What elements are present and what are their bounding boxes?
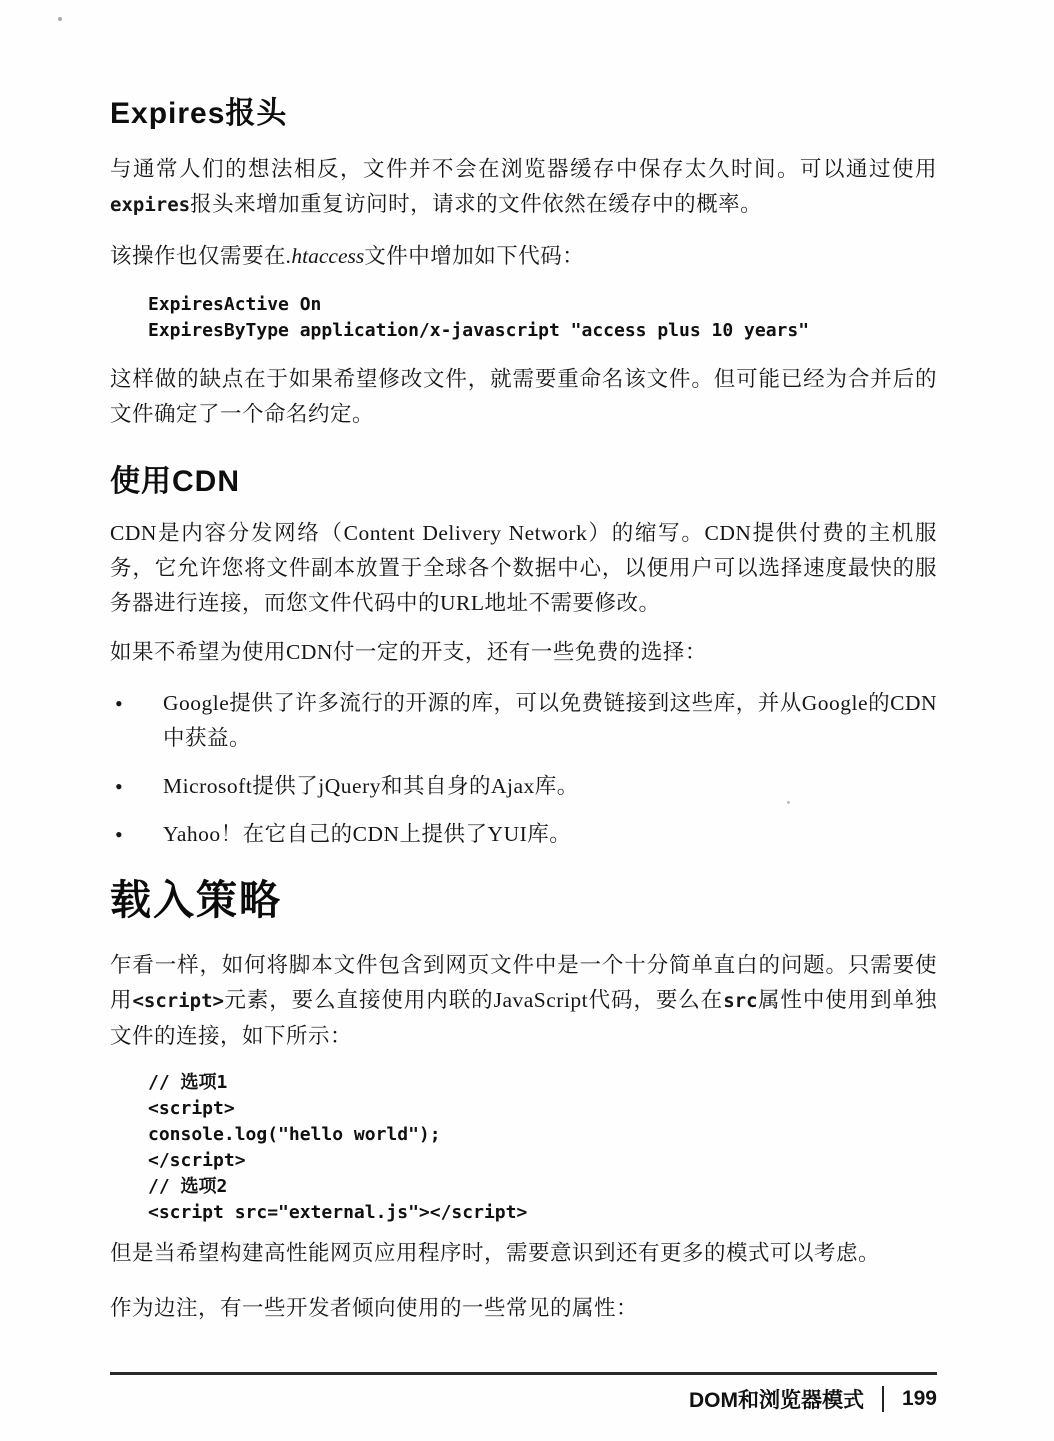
bullet-text: Yahoo！在它自己的CDN上提供了YUI库。 (163, 822, 571, 846)
code-block-script-options: // 选项1<script>console.log("hello world")… (148, 1070, 937, 1226)
page-content: Expires报头 与通常人们的想法相反，文件并不会在浏览器缓存中保存太久时间。… (110, 0, 937, 1414)
code-line: </script> (148, 1148, 937, 1174)
section-heading-expires: Expires报头 (110, 96, 937, 132)
bullet-icon: • (115, 769, 123, 804)
code-line: ExpiresActive On (148, 292, 937, 318)
footer-separator (882, 1386, 884, 1412)
text-run: 元素，要么直接使用内联的JavaScript代码，要么在 (224, 988, 723, 1012)
bullet-icon: • (115, 817, 123, 852)
code-line: // 选项1 (148, 1070, 937, 1096)
inline-code-expires: expires (110, 194, 190, 216)
bullet-item-microsoft: •Microsoft提供了jQuery和其自身的Ajax库。 (110, 769, 937, 804)
code-line: ExpiresByType application/x-javascript "… (148, 318, 937, 344)
chapter-heading-loading-strategy: 载入策略 (110, 876, 937, 924)
footer-chapter-title: DOM和浏览器模式 (689, 1384, 864, 1414)
paragraph-htaccess: 该操作也仅需要在.htaccess文件中增加如下代码： (110, 239, 937, 274)
cdn-bullet-list: •Google提供了许多流行的开源的库，可以免费链接到这些库，并从Google的… (110, 686, 937, 852)
paragraph-expires-drawback: 这样做的缺点在于如果希望修改文件，就需要重命名该文件。但可能已经为合并后的文件确… (110, 362, 937, 432)
text-run: 与通常人们的想法相反，文件并不会在浏览器缓存中保存太久时间。可以通过使用 (110, 157, 937, 181)
section-heading-cdn: 使用CDN (110, 464, 937, 500)
inline-code-src: src (723, 990, 757, 1012)
bullet-item-google: •Google提供了许多流行的开源的库，可以免费链接到这些库，并从Google的… (110, 686, 937, 756)
text-run: 报头来增加重复访问时，请求的文件依然在缓存中的概率。 (190, 192, 762, 216)
bullet-text: Microsoft提供了jQuery和其自身的Ajax库。 (163, 774, 579, 798)
paragraph-expires-intro: 与通常人们的想法相反，文件并不会在浏览器缓存中保存太久时间。可以通过使用expi… (110, 152, 937, 223)
bullet-text: Google提供了许多流行的开源的库，可以免费链接到这些库，并从Google的C… (163, 691, 937, 750)
code-block-expires: ExpiresActive OnExpiresByType applicatio… (148, 292, 937, 344)
paragraph-loading-intro: 乍看一样，如何将脚本文件包含到网页文件中是一个十分简单直白的问题。只需要使用<s… (110, 948, 937, 1054)
paragraph-side-note: 作为边注，有一些开发者倾向使用的一些常见的属性： (110, 1291, 937, 1326)
paragraph-more-patterns: 但是当希望构建高性能网页应用程序时，需要意识到还有更多的模式可以考虑。 (110, 1236, 937, 1271)
scan-artifact-dot (58, 17, 62, 21)
page-footer: DOM和浏览器模式 199 (110, 1384, 937, 1414)
footer-page-number: 199 (902, 1387, 937, 1411)
code-line: <script> (148, 1096, 937, 1122)
bullet-icon: • (115, 686, 123, 721)
code-line: console.log("hello world"); (148, 1122, 937, 1148)
paragraph-cdn-intro: CDN是内容分发网络（Content Delivery Network）的缩写。… (110, 516, 937, 621)
code-line: // 选项2 (148, 1174, 937, 1200)
paragraph-cdn-free-options: 如果不希望为使用CDN付一定的开支，还有一些免费的选择： (110, 635, 937, 670)
inline-filename-htaccess: .htaccess (286, 244, 364, 268)
inline-code-script-tag: <script> (132, 990, 224, 1012)
text-run: 该操作也仅需要在 (110, 244, 286, 268)
text-run: 文件中增加如下代码： (364, 244, 584, 268)
code-line: <script src="external.js"></script> (148, 1200, 937, 1226)
bullet-item-yahoo: •Yahoo！在它自己的CDN上提供了YUI库。 (110, 817, 937, 852)
book-page: Expires报头 与通常人们的想法相反，文件并不会在浏览器缓存中保存太久时间。… (0, 0, 1054, 1441)
footer-rule (110, 1372, 937, 1375)
